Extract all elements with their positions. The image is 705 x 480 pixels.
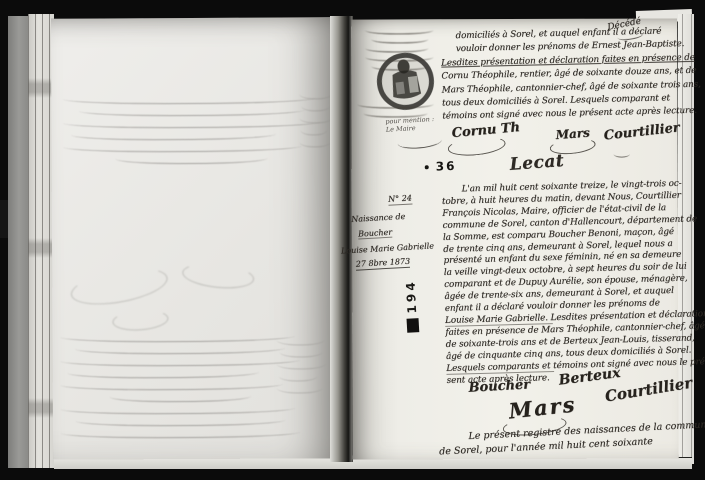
register-closing-statement: Le présent registre des naissances de la… <box>438 418 705 459</box>
ink-scribble <box>614 151 630 158</box>
illegible-bleed-line <box>371 61 429 70</box>
left-page <box>51 17 333 459</box>
main-act-text: L'an mil huit cent soixante treize, le v… <box>442 179 681 387</box>
illegible-bleed-line <box>79 103 304 116</box>
illegible-bleed-line <box>110 390 252 403</box>
illegible-bleed-line <box>276 333 324 345</box>
bleed-through-paragraph-top <box>63 91 325 164</box>
illegible-bleed-line <box>61 378 283 391</box>
act-heading-surname: Lecat <box>509 151 565 175</box>
vertical-number-stamp: 194 <box>402 257 424 333</box>
act-number-stamp: 36 <box>435 159 456 174</box>
illegible-bleed-line <box>299 87 332 99</box>
gutter-text-fragments-top <box>365 25 437 70</box>
illegible-bleed-line <box>60 329 294 342</box>
illegible-bleed-line <box>61 353 300 366</box>
signature-courtillier: Courtillier <box>603 120 680 143</box>
margin-naissance-label: Naissance de <box>351 212 405 224</box>
illegible-bleed-line <box>63 91 315 104</box>
marginal-mention-note: pour mention : Le Maire <box>385 115 435 134</box>
scanned-register-page: Décédé pour mention : Le Maire domicilié… <box>0 0 705 480</box>
bleed-through-margin-bottom <box>276 333 326 393</box>
illegible-bleed-line <box>76 414 286 427</box>
illegible-bleed-line <box>68 366 258 379</box>
illegible-bleed-line <box>277 357 326 369</box>
stamp-dot <box>425 165 429 169</box>
vertical-stamp-black-block <box>407 318 420 333</box>
mention-line: Le Maire <box>386 123 435 134</box>
illegible-bleed-line <box>301 99 330 111</box>
margin-surname: Boucher <box>358 228 393 240</box>
left-page-edge-shading <box>28 14 54 468</box>
illegible-bleed-line <box>63 115 320 128</box>
act-margin-note: N° 24 Naissance de Boucher Louise Marie … <box>340 191 452 271</box>
illegible-bleed-line <box>299 135 330 147</box>
margin-act-number: N° 24 <box>388 193 412 205</box>
scanner-bed-strip <box>8 16 28 468</box>
illegible-bleed-line <box>116 152 268 165</box>
illegible-bleed-line <box>365 25 433 34</box>
mention-signature-flourish <box>397 133 442 150</box>
signature-boucher: Boucher <box>468 377 530 395</box>
illegible-bleed-line <box>299 111 332 123</box>
scan-artifact-blob <box>0 200 8 238</box>
illegible-bleed-line <box>61 401 295 414</box>
right-page: Décédé pour mention : Le Maire domicilié… <box>351 18 679 459</box>
bleed-through-signature-flourish <box>68 262 170 311</box>
vertical-stamp-digits: 194 <box>402 257 419 314</box>
illegible-bleed-line <box>75 342 285 355</box>
bleed-through-signature-flourish <box>181 260 255 291</box>
illegible-bleed-line <box>365 43 428 52</box>
illegible-bleed-line <box>277 381 323 393</box>
illegible-bleed-line <box>278 369 317 381</box>
bleed-through-signature-flourish <box>112 308 169 332</box>
illegible-bleed-line <box>61 425 300 438</box>
illegible-bleed-line <box>358 99 434 108</box>
illegible-bleed-line <box>280 345 323 357</box>
illegible-bleed-line <box>71 128 275 141</box>
illegible-bleed-line <box>365 52 433 61</box>
illegible-bleed-line <box>300 123 327 135</box>
bleed-through-margin-top <box>299 87 333 147</box>
previous-act-text: domiciliés à Sorel, et auquel enfant il … <box>440 25 676 124</box>
illegible-bleed-line <box>371 34 429 43</box>
illegible-bleed-line <box>63 139 301 152</box>
bleed-through-paragraph-bottom <box>60 329 305 438</box>
